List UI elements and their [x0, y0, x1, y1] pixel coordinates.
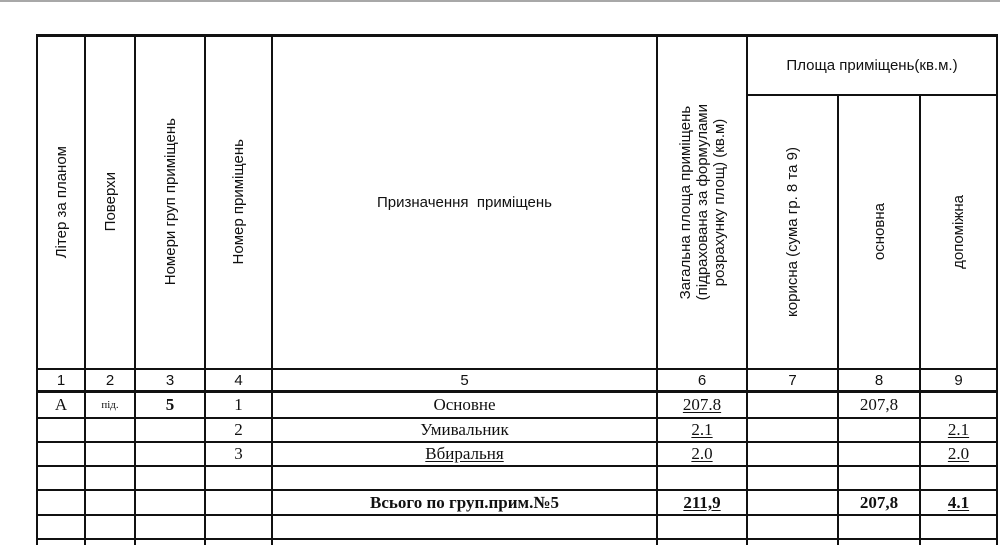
col-num: 6	[658, 370, 746, 390]
cell-main	[839, 443, 919, 465]
col-num: 2	[86, 370, 134, 390]
summary-total: 211,9	[658, 491, 746, 514]
header-total-line: (підрахована за формулами	[694, 104, 711, 300]
cell-purpose: Умивальник	[273, 419, 656, 441]
col-num: 4	[206, 370, 271, 390]
header-aux-label: допоміжна	[950, 195, 967, 269]
header-useful: корисна (сума гр. 8 та 9)	[748, 96, 837, 368]
row-line	[36, 514, 998, 516]
cell-group	[136, 419, 204, 441]
cell-aux	[921, 393, 996, 417]
cell-floor	[86, 443, 134, 465]
cell-aux: 2.0	[921, 443, 996, 465]
col-num: 5	[273, 370, 656, 390]
cell-total: 2.0	[658, 443, 746, 465]
col-line	[996, 34, 998, 545]
cell-group	[136, 443, 204, 465]
header-total-line: Загальна площа приміщень	[677, 105, 694, 299]
cell-room: 3	[206, 443, 271, 465]
header-aux: допоміжна	[921, 96, 996, 368]
cell-liter	[38, 419, 84, 441]
cell-main: 207,8	[839, 393, 919, 417]
header-room-number-label: Номер приміщень	[230, 139, 247, 264]
header-group-numbers-label: Номери груп приміщень	[162, 118, 179, 285]
cell-total: 2.1	[658, 419, 746, 441]
header-main-label: основна	[871, 203, 888, 260]
cell-floor: під.	[86, 393, 134, 417]
col-num: 1	[38, 370, 84, 390]
cell-purpose: Основне	[273, 393, 656, 417]
col-num: 3	[136, 370, 204, 390]
row-line	[36, 538, 998, 540]
cell-room: 2	[206, 419, 271, 441]
cell-floor	[86, 419, 134, 441]
cell-liter: А	[38, 393, 84, 417]
cell-main	[839, 419, 919, 441]
header-area-group-label: Площа приміщень(кв.м.)	[786, 57, 957, 74]
cell-room: 1	[206, 393, 271, 417]
cell-useful	[748, 443, 837, 465]
header-main: основна	[839, 96, 919, 368]
header-total-area: Загальна площа приміщень (підрахована за…	[658, 36, 746, 368]
header-room-number: Номер приміщень	[206, 36, 271, 368]
cell-purpose: Вбиральня	[273, 443, 656, 465]
header-area-group: Площа приміщень(кв.м.)	[748, 36, 996, 94]
cell-total: 207.8	[658, 393, 746, 417]
header-group-numbers: Номери груп приміщень	[136, 36, 204, 368]
cell-useful	[748, 419, 837, 441]
header-floors: Поверхи	[86, 36, 134, 368]
col-num: 9	[921, 370, 996, 390]
cell-liter	[38, 443, 84, 465]
row-line	[36, 465, 998, 467]
summary-main: 207,8	[839, 491, 919, 514]
summary-useful	[748, 491, 837, 514]
header-purpose: Призначення приміщень	[273, 36, 656, 368]
summary-label: Всього по груп.прим.№5	[273, 491, 656, 514]
header-useful-label: корисна (сума гр. 8 та 9)	[784, 147, 801, 317]
header-total-line: розрахунку площ) (кв.м)	[711, 118, 728, 286]
cell-aux: 2.1	[921, 419, 996, 441]
header-liter-label: Літер за планом	[53, 146, 70, 258]
cell-useful	[748, 393, 837, 417]
summary-aux: 4.1	[921, 491, 996, 514]
col-num: 7	[748, 370, 837, 390]
page-top-edge	[0, 0, 1000, 2]
header-liter: Літер за планом	[38, 36, 84, 368]
col-num: 8	[839, 370, 919, 390]
header-purpose-label: Призначення приміщень	[377, 194, 552, 211]
header-total-area-label: Загальна площа приміщень (підрахована за…	[677, 104, 728, 300]
cell-group: 5	[136, 393, 204, 417]
header-floors-label: Поверхи	[102, 172, 119, 231]
